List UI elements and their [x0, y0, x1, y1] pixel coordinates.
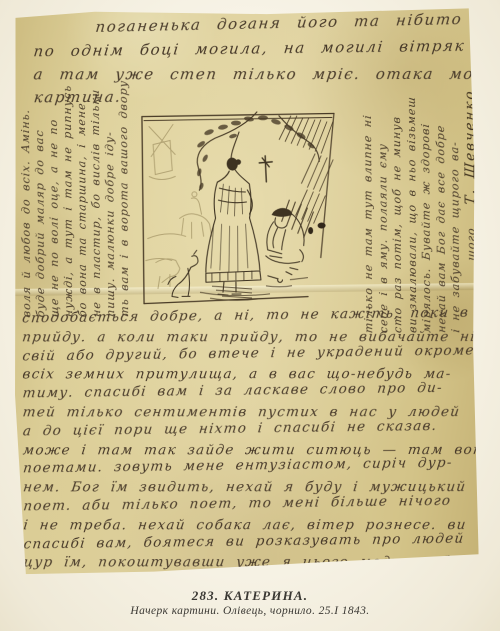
- leaf-clusters: [196, 115, 316, 190]
- margin-line: бо вона та старшина, і мене: [75, 100, 90, 317]
- margin-line: ще не по волі оце, а не по: [47, 100, 62, 317]
- margin-line: тілько не там тут влипне ні: [361, 79, 377, 334]
- standing-woman-katerina: [205, 157, 261, 296]
- handwritten-line: по однім боці могила, на могилі вітряк: [32, 35, 469, 64]
- book-page: поганенька доганя його та нібито гавкає.…: [0, 0, 500, 631]
- sitting-dog: [168, 250, 198, 297]
- handwritten-line: поетами. зовуть мене ентузіастом, сиріч …: [22, 454, 472, 479]
- margin-line-end: шого: [464, 227, 477, 262]
- grave-cross-icon: [259, 156, 272, 182]
- margin-line: себе і в яму. полаяли єму: [375, 78, 391, 333]
- katerina-sketch: [139, 109, 345, 306]
- margin-line: воля й любов до всіх. Амінь.: [19, 101, 34, 318]
- tree-branches-icon: [196, 112, 319, 191]
- margin-line: ви змалювали, що в ньо візьмеш: [404, 78, 420, 333]
- margin-line: пишу. малюнки добре іду-: [103, 100, 118, 317]
- manuscript-paper: поганенька доганя його та нібито гавкає.…: [11, 7, 478, 577]
- margin-line: нехай вам Бог дає все добре: [433, 78, 449, 333]
- windmill-pencil-sketch-icon: [149, 124, 175, 179]
- margin-line: ть вам і в ворота вашого двору: [117, 100, 132, 317]
- caption-details: Начерк картини. Олівець, чорнило. 25.I 1…: [0, 605, 500, 617]
- margin-line: буде добрий маляр до вас: [33, 101, 48, 318]
- pipe-icon: [268, 276, 283, 283]
- caption-title: 283. КАТЕРИНА.: [0, 588, 500, 604]
- margin-line: нужді, а тут і там не рипнусь: [61, 100, 76, 317]
- shevchenko-signature: Т. Шевченко: [461, 89, 478, 206]
- caption: 283. КАТЕРИНА. Начерк картини. Олівець, …: [0, 588, 500, 617]
- hill-lines: [146, 234, 186, 261]
- margin-line: мірялось. Бувайте ж здорові: [419, 78, 435, 333]
- margin-line-with-signature: шого Т. Шевченко: [462, 78, 479, 334]
- thatched-shelter-hatching: [279, 115, 334, 237]
- handwriting-right-margin: тілько не там тут влипне ні себе і в яму…: [361, 79, 479, 334]
- margin-line: сто раз потім, щоб не минув: [390, 78, 406, 333]
- handwriting-left-margin: воля й любов до всіх. Амінь. буде добрий…: [19, 101, 132, 318]
- margin-line: не в пластир, бо вислів тільки: [89, 100, 104, 317]
- handwritten-line: цур їм, покоштувавши уже я цього меду, щ…: [23, 553, 473, 572]
- handwriting-bottom-block: сподобається добре, а ні, то не кажіть, …: [22, 307, 472, 573]
- seated-old-man: [265, 208, 304, 275]
- rider-on-horse-pencil-sketch-icon: [179, 192, 211, 239]
